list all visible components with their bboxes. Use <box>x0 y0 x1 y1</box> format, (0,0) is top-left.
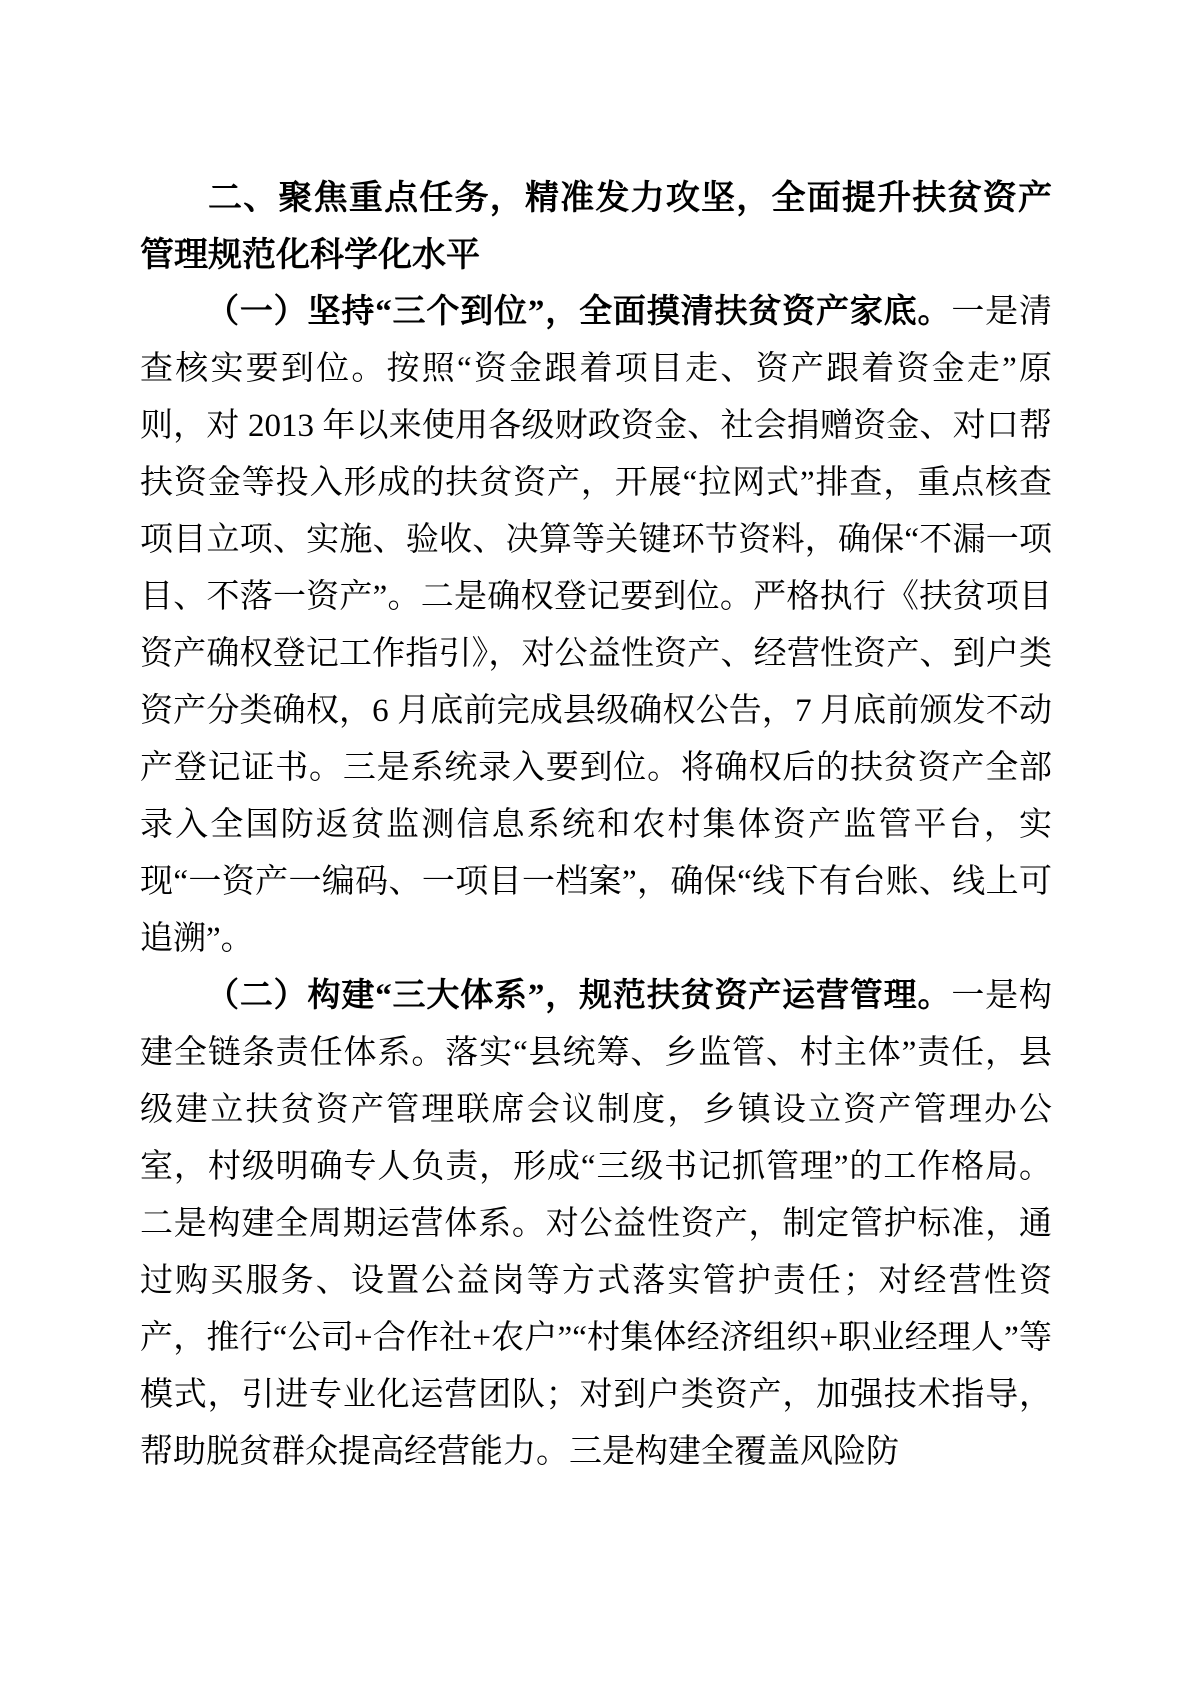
paragraph-2-body: 一是构建全链条责任体系。落实“县统筹、乡监管、村主体”责任，县级建立扶贫资产管理… <box>140 978 1052 1470</box>
paragraph-1-lead: （一）坚持“三个到位”，全面摸清扶贫资产家底。 <box>206 294 951 330</box>
paragraph-1: （一）坚持“三个到位”，全面摸清扶贫资产家底。一是清查核实要到位。按照“资金跟着… <box>140 284 1052 968</box>
paragraph-2-lead: （二）构建“三大体系”，规范扶贫资产运营管理。 <box>206 978 951 1014</box>
document-content: 二、聚焦重点任务，精准发力攻坚，全面提升扶贫资产管理规范化科学化水平 （一）坚持… <box>140 170 1052 1481</box>
document-page: 二、聚焦重点任务，精准发力攻坚，全面提升扶贫资产管理规范化科学化水平 （一）坚持… <box>0 0 1190 1683</box>
paragraph-1-body: 一是清查核实要到位。按照“资金跟着项目走、资产跟着资金走”原则，对 2013 年… <box>140 294 1052 957</box>
section-heading: 二、聚焦重点任务，精准发力攻坚，全面提升扶贫资产管理规范化科学化水平 <box>140 170 1052 284</box>
paragraph-2: （二）构建“三大体系”，规范扶贫资产运营管理。一是构建全链条责任体系。落实“县统… <box>140 968 1052 1481</box>
